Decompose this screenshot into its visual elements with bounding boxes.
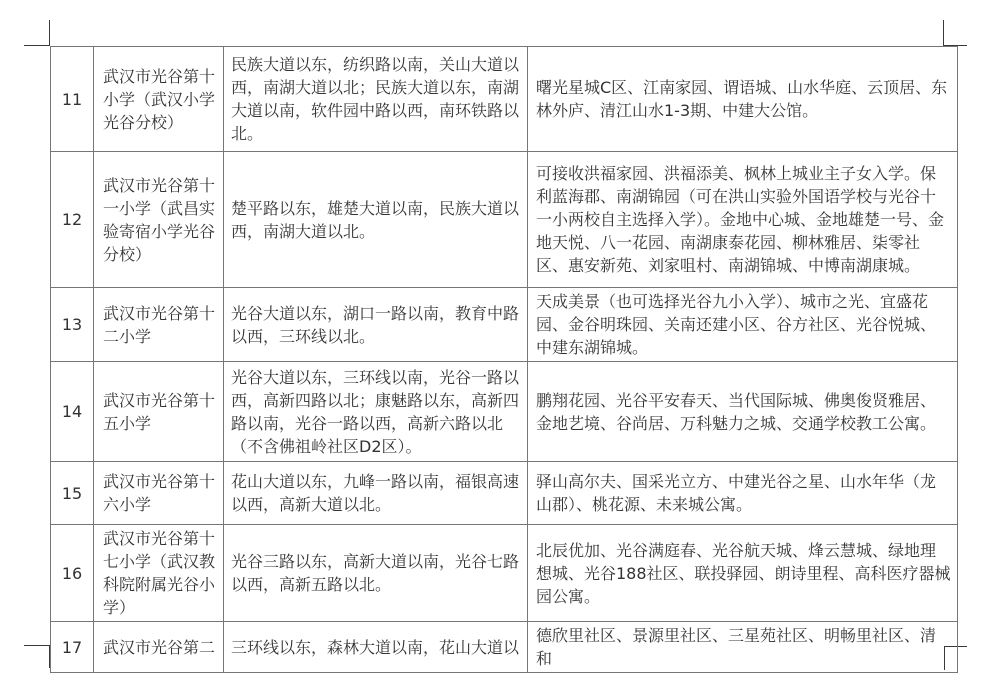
school-district-table-container: 11 武汉市光谷第十小学（武汉小学光谷分校） 民族大道以东，纺织路以南，关山大道… [50,46,957,673]
row-number-cell: 17 [51,622,94,673]
table-row: 16 武汉市光谷第十七小学（武汉教科院附属光谷小学） 光谷三路以东，高新大道以南… [51,525,958,622]
communities-cell: 北辰优加、光谷满庭春、光谷航天城、烽云慧城、绿地理想城、光谷188社区、联投驿园… [528,525,958,622]
school-name-cell: 武汉市光谷第十一小学（武昌实验寄宿小学光谷分校） [94,152,224,288]
table-row: 15 武汉市光谷第十六小学 花山大道以东，九峰一路以南，福银高速以西，高新大道以… [51,462,958,525]
district-boundary-cell: 光谷大道以东，三环线以南，光谷一路以西，高新四路以北；康魅路以东，高新四路以南，… [224,362,528,462]
table-row: 12 武汉市光谷第十一小学（武昌实验寄宿小学光谷分校） 楚平路以东，雄楚大道以南… [51,152,958,288]
district-boundary-cell: 花山大道以东，九峰一路以南，福银高速以西，高新大道以北。 [224,462,528,525]
school-name-cell: 武汉市光谷第十五小学 [94,362,224,462]
school-name-cell: 武汉市光谷第二 [94,622,224,673]
row-number-cell: 12 [51,152,94,288]
communities-cell: 德欣里社区、景源里社区、三星苑社区、明畅里社区、清和 [528,622,958,673]
table-row: 14 武汉市光谷第十五小学 光谷大道以东，三环线以南，光谷一路以西，高新四路以北… [51,362,958,462]
row-number-cell: 15 [51,462,94,525]
district-boundary-cell: 民族大道以东，纺织路以南，关山大道以西，南湖大道以北；民族大道以东，南湖大道以南… [224,47,528,152]
school-name-cell: 武汉市光谷第十七小学（武汉教科院附属光谷小学） [94,525,224,622]
district-boundary-cell: 光谷大道以东，湖口一路以南，教育中路以西，三环线以北。 [224,288,528,362]
communities-cell: 鹏翔花园、光谷平安春天、当代国际城、佛奥俊贤雅居、金地艺境、谷尚居、万科魅力之城… [528,362,958,462]
row-number-cell: 16 [51,525,94,622]
communities-cell: 天成美景（也可选择光谷九小入学）、城市之光、宜盛花园、金谷明珠园、关南还建小区、… [528,288,958,362]
school-name-cell: 武汉市光谷第十六小学 [94,462,224,525]
communities-cell: 曙光星城C区、江南家园、谓语城、山水华庭、云顶居、东林外庐、清江山水1-3期、中… [528,47,958,152]
school-name-cell: 武汉市光谷第十小学（武汉小学光谷分校） [94,47,224,152]
row-number-cell: 11 [51,47,94,152]
school-district-table: 11 武汉市光谷第十小学（武汉小学光谷分校） 民族大道以东，纺织路以南，关山大道… [50,46,958,673]
table-row: 13 武汉市光谷第十二小学 光谷大道以东，湖口一路以南，教育中路以西，三环线以北… [51,288,958,362]
communities-cell: 可接收洪福家园、洪福添美、枫林上城业主子女入学。保利蓝海郡、南湖锦园（可在洪山实… [528,152,958,288]
row-number-cell: 13 [51,288,94,362]
row-number-cell: 14 [51,362,94,462]
table-row: 11 武汉市光谷第十小学（武汉小学光谷分校） 民族大道以东，纺织路以南，关山大道… [51,47,958,152]
page-corner-mark-top-right-vertical [943,20,944,46]
page-corner-mark-bottom-left-horizontal [24,645,50,646]
page-corner-mark-top-left-vertical [49,20,50,46]
district-boundary-cell: 三环线以东，森林大道以南，花山大道以 [224,622,528,673]
table-row-clipped-at-page-break: 17 武汉市光谷第二 三环线以东，森林大道以南，花山大道以 德欣里社区、景源里社… [51,622,958,673]
district-boundary-cell: 光谷三路以东，高新大道以南，光谷七路以西，高新五路以北。 [224,525,528,622]
school-name-cell: 武汉市光谷第十二小学 [94,288,224,362]
communities-cell: 驿山高尔夫、国采光立方、中建光谷之星、山水年华（龙山郡）、桃花源、未来城公寓。 [528,462,958,525]
page-corner-mark-top-left-horizontal [24,45,50,46]
district-boundary-cell: 楚平路以东，雄楚大道以南，民族大道以西，南湖大道以北。 [224,152,528,288]
